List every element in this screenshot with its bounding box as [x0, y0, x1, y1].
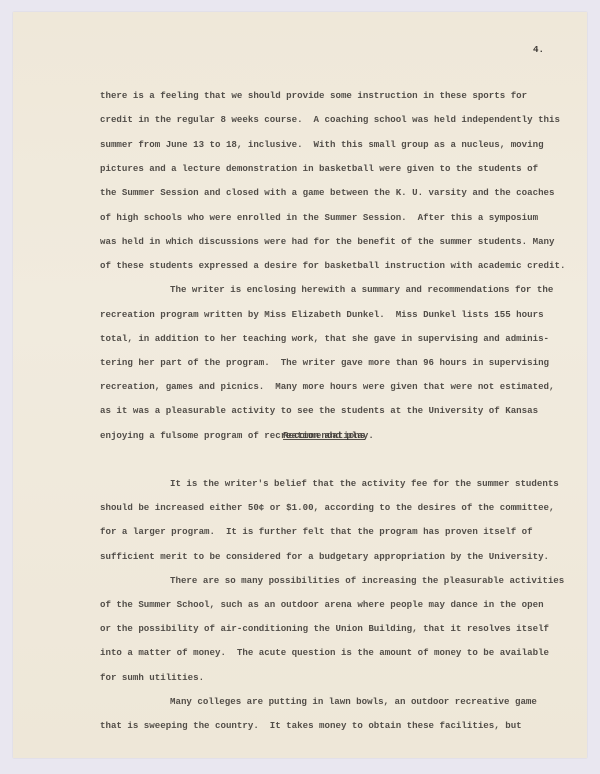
text-line: pictures and a lecture demonstration in …: [100, 163, 538, 175]
text-line: was held in which discussions were had f…: [100, 236, 555, 248]
text-line: of high schools who were enrolled in the…: [100, 212, 538, 224]
text-line: It is the writer's belief that the activ…: [170, 478, 559, 490]
text-line: The writer is enclosing herewith a summa…: [170, 284, 553, 296]
text-line: into a matter of money. The acute questi…: [100, 647, 549, 659]
text-line: that is sweeping the country. It takes m…: [100, 720, 522, 732]
text-line: sufficient merit to be considered for a …: [100, 551, 549, 563]
text-line: or the possibility of air-conditioning t…: [100, 623, 549, 635]
text-line: There are so many possibilities of incre…: [170, 575, 564, 587]
text-line: summer from June 13 to 18, inclusive. Wi…: [100, 139, 544, 151]
text-line: tering her part of the program. The writ…: [100, 357, 549, 369]
text-line: as it was a pleasurable activity to see …: [100, 405, 538, 417]
section-heading: Recommendations: [283, 430, 365, 442]
text-line: credit in the regular 8 weeks course. A …: [100, 114, 560, 126]
text-line: of the Summer School, such as an outdoor…: [100, 599, 544, 611]
text-line: recreation, games and picnics. Many more…: [100, 381, 555, 393]
page-number: 4.: [533, 44, 544, 55]
text-line: total, in addition to her teaching work,…: [100, 333, 549, 345]
text-line: for sumh utilities.: [100, 672, 204, 684]
text-line: the Summer Session and closed with a gam…: [100, 187, 555, 199]
text-line: of these students expressed a desire for…: [100, 260, 565, 272]
text-line: Many colleges are putting in lawn bowls,…: [170, 696, 537, 708]
text-line: there is a feeling that we should provid…: [100, 90, 527, 102]
text-line: recreation program written by Miss Eliza…: [100, 309, 544, 321]
text-line: should be increased either 50¢ or $1.00,…: [100, 502, 555, 514]
text-line: for a larger program. It is further felt…: [100, 526, 533, 538]
